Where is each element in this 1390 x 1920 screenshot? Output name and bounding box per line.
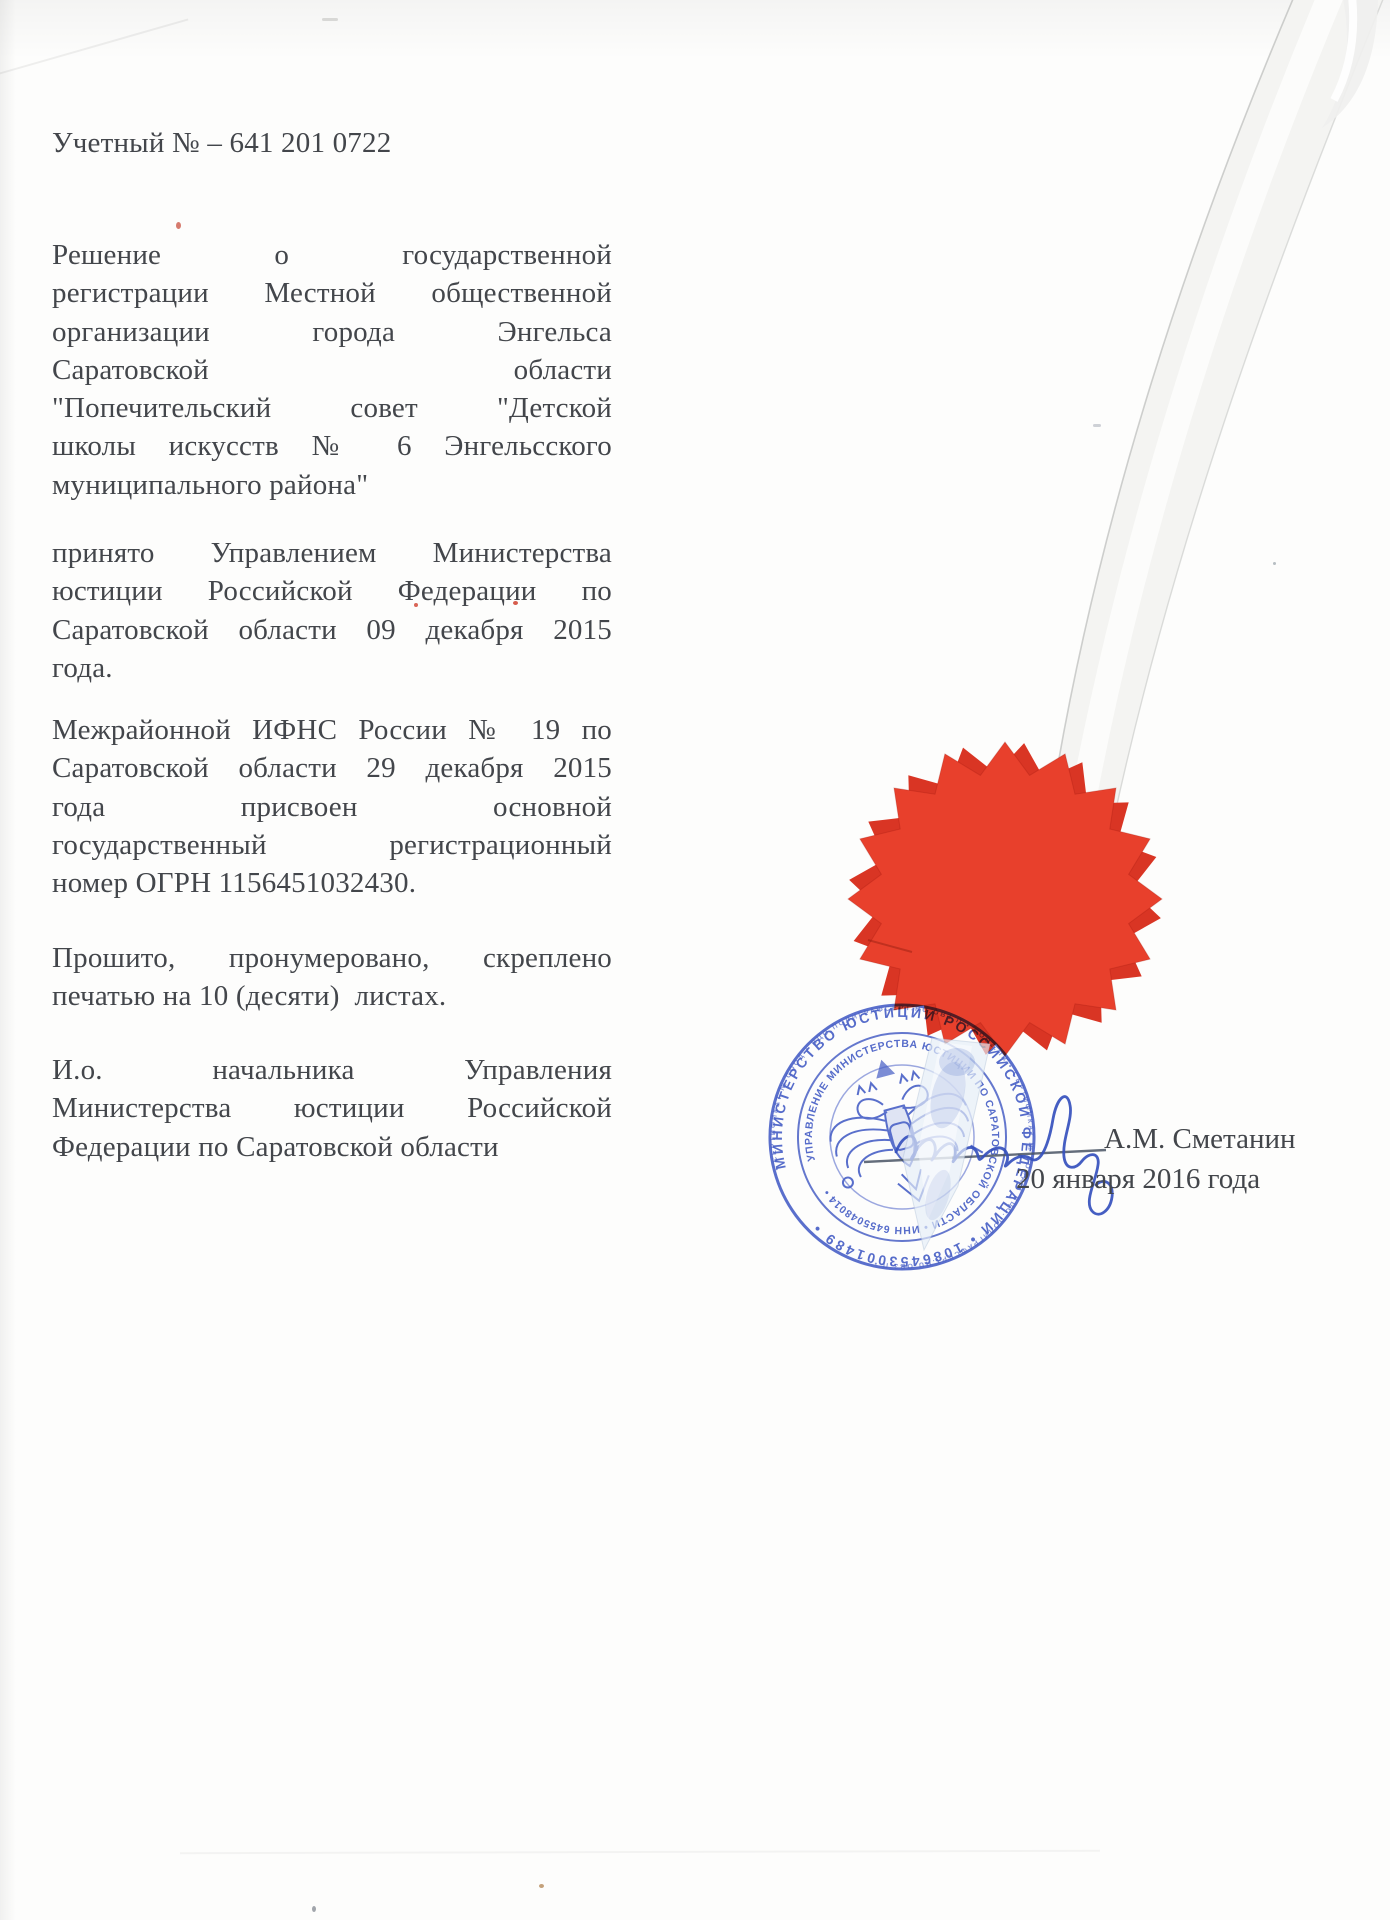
svg-text:МИНИСТЕРСТВО ЮСТИЦИИ РОССИЙСКО: МИНИСТЕРСТВО ЮСТИЦИИ РОССИЙСКОЙ ФЕДЕРАЦИ…: [742, 977, 1062, 1297]
accounting-number: Учетный № – 641 201 0722: [52, 124, 612, 162]
doc-line: Саратовской области 29 декабря 2015: [52, 749, 612, 787]
svg-text:• СЕРТИФИКАТ № СООД • ВЦО.ПОЛИ: • СЕРТИФИКАТ № СООД • ВЦО.ПОЛИГРАФСЕРТ.R…: [742, 977, 1062, 1297]
scan-speck: [414, 603, 418, 607]
scan-crease-bottom: [180, 1850, 1100, 1854]
rosette-star-back: [845, 739, 1165, 1059]
stamp-inner-circle: [814, 1049, 990, 1225]
paragraph-adoption: принято Управлением Министерства юстиции…: [52, 534, 612, 687]
ribbon-tail-highlight: [918, 1042, 972, 1220]
ribbon-ink-smudge: [924, 1058, 972, 1132]
scan-speck: [1273, 562, 1276, 565]
doc-line: Межрайонной ИФНС России № 19 по: [52, 711, 612, 749]
double-headed-eagle-icon: [814, 1043, 990, 1219]
doc-line: принято Управлением Министерства: [52, 534, 612, 572]
doc-line: Министерства юстиции Российской: [52, 1089, 612, 1127]
ribbon-band: [1050, 0, 1386, 820]
scan-shadow-top: [0, 0, 1390, 70]
doc-line: регистрации Местной общественной: [52, 274, 612, 312]
doc-line: номер ОГРН 1156451032430.: [52, 864, 612, 902]
signature-date: 20 января 2016 года: [1016, 1160, 1260, 1198]
paragraph-tax-registration: Межрайонной ИФНС России № 19 по Саратовс…: [52, 711, 612, 902]
scan-speck: [539, 1884, 544, 1888]
scan-speck: [1093, 424, 1101, 427]
paragraph-registration: Решение о государственной регистрации Ме…: [52, 236, 612, 504]
stamp-inner-ring-text: УПРАВЛЕНИЕ МИНИСТЕРСТВА ЮСТИЦИИ ПО САРАТ…: [781, 1016, 1024, 1259]
ribbon-ink-smudge: [939, 1048, 975, 1076]
scan-speck: [322, 18, 338, 21]
doc-line: Решение о государственной: [52, 236, 612, 274]
ribbon-ink-smudge: [920, 1167, 955, 1223]
doc-line: "Попечительский совет "Детской: [52, 389, 612, 427]
paragraph-official-title: И.о. начальника Управления Министерства …: [52, 1051, 612, 1166]
signature-area: [800, 1020, 1140, 1280]
ribbon-edge-left: [1050, 0, 1296, 812]
scan-speck: [176, 222, 181, 229]
scan-speck: [312, 1906, 316, 1912]
red-seal-rosette: [845, 739, 1165, 1059]
doc-line: муниципального района": [52, 466, 612, 504]
doc-line: И.о. начальника Управления: [52, 1051, 612, 1089]
rosette-crease: [868, 940, 912, 952]
doc-line: юстиции Российской Федерации по: [52, 572, 612, 610]
ribbon-tail-band: [903, 1038, 990, 1250]
ministry-justice-round-stamp: МИНИСТЕРСТВО ЮСТИЦИИ РОССИЙСКОЙ ФЕДЕРАЦИ…: [742, 977, 1062, 1297]
ribbon-edge-right: [1114, 0, 1386, 818]
scan-shadow-left: [0, 0, 16, 1920]
doc-line: года присвоен основной: [52, 788, 612, 826]
paragraph-binding: Прошито, пронумеровано, скреплено печать…: [52, 939, 612, 1016]
doc-line: печатью на 10 (десяти) листах.: [52, 977, 612, 1015]
stamp-micro-ring-text: • СЕРТИФИКАТ № СООД • ВЦО.ПОЛИГРАФСЕРТ.R…: [742, 977, 1062, 1297]
scan-speck: [513, 601, 518, 605]
doc-line: Прошито, пронумеровано, скреплено: [52, 939, 612, 977]
doc-line: Саратовской области 09 декабря 2015: [52, 611, 612, 649]
doc-line: школы искусств № 6 Энгельсского: [52, 427, 612, 465]
stamp-outer-ring-text: МИНИСТЕРСТВО ЮСТИЦИИ РОССИЙСКОЙ ФЕДЕРАЦИ…: [742, 977, 1062, 1297]
svg-text:УПРАВЛЕНИЕ МИНИСТЕРСТВА ЮСТИЦИ: УПРАВЛЕНИЕ МИНИСТЕРСТВА ЮСТИЦИИ ПО САРАТ…: [781, 1016, 1024, 1259]
signer-name: А.М. Сметанин: [1104, 1120, 1296, 1158]
rosette-star-front: [848, 742, 1162, 1056]
stamp-middle-circle: [775, 1010, 1030, 1265]
doc-line: государственный регистрационный: [52, 826, 612, 864]
doc-line: года.: [52, 649, 612, 687]
doc-line: организации города Энгельса: [52, 313, 612, 351]
stamp-border-circle: [742, 977, 1062, 1297]
doc-line: Федерации по Саратовской области: [52, 1128, 612, 1166]
ribbon-sheen: [1082, 0, 1332, 806]
scanned-document-page: МИНИСТЕРСТВО ЮСТИЦИИ РОССИЙСКОЙ ФЕДЕРАЦИ…: [0, 0, 1390, 1920]
doc-line: Саратовской области: [52, 351, 612, 389]
